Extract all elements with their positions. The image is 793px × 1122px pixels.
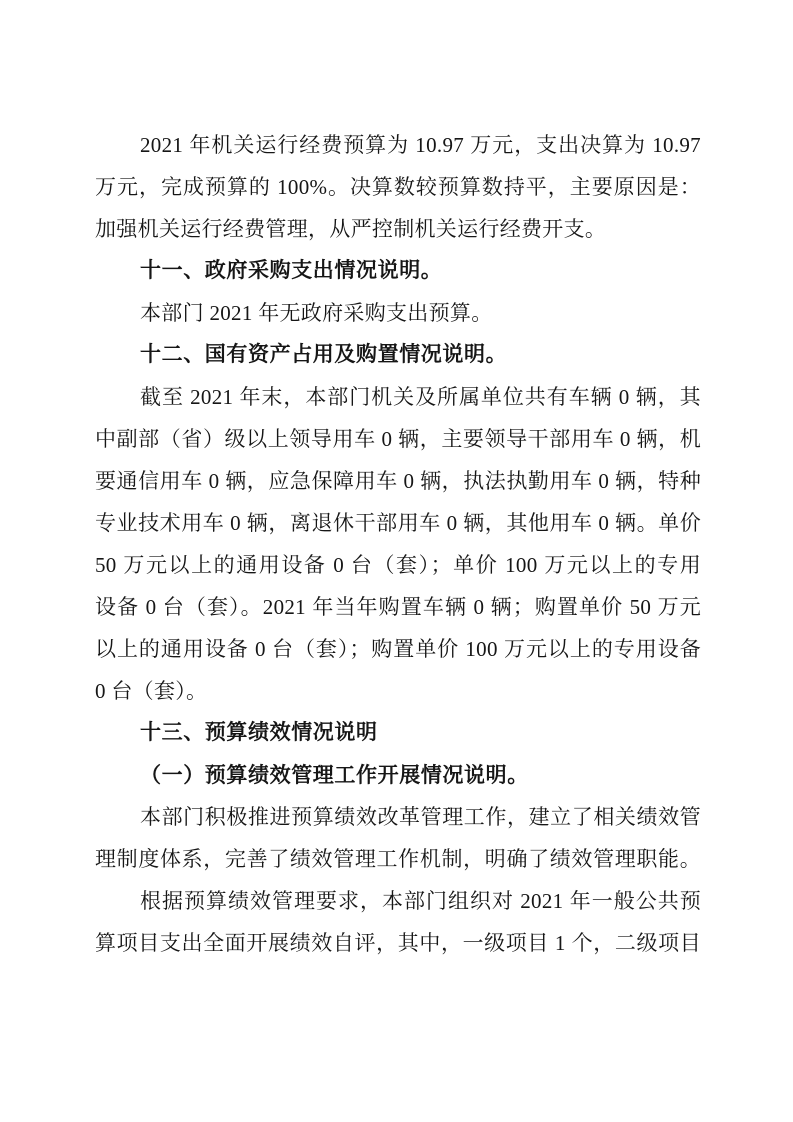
paragraph-line: 50 万元以上的通用设备 0 台（套）；单价 100 万元以上的专用 [95,544,701,586]
section-heading-eleven: 十一、政府采购支出情况说明。 [95,250,701,292]
paragraph-line: 理制度体系，完善了绩效管理工作机制，明确了绩效管理职能。 [95,838,701,880]
paragraph-line: 要通信用车 0 辆，应急保障用车 0 辆，执法执勤用车 0 辆，特种 [95,460,701,502]
paragraph-line: 本部门 2021 年无政府采购支出预算。 [95,292,701,334]
document-content: 2021 年机关运行经费预算为 10.97 万元，支出决算为 10.97 万元，… [95,124,701,964]
sub-heading-one: （一）预算绩效管理工作开展情况说明。 [95,754,701,796]
paragraph-line: 万元，完成预算的 100%。决算数较预算数持平，主要原因是： [95,166,701,208]
paragraph-line: 中副部（省）级以上领导用车 0 辆，主要领导干部用车 0 辆，机 [95,418,701,460]
paragraph-line: 设备 0 台（套）。2021 年当年购置车辆 0 辆；购置单价 50 万元 [95,586,701,628]
paragraph-line: 2021 年机关运行经费预算为 10.97 万元，支出决算为 10.97 [95,124,701,166]
paragraph-line: 本部门积极推进预算绩效改革管理工作，建立了相关绩效管 [95,796,701,838]
paragraph-line: 截至 2021 年末，本部门机关及所属单位共有车辆 0 辆，其 [95,376,701,418]
paragraph-line: 算项目支出全面开展绩效自评，其中，一级项目 1 个，二级项目 [95,922,701,964]
document-page: 2021 年机关运行经费预算为 10.97 万元，支出决算为 10.97 万元，… [0,0,793,1122]
paragraph-line: 加强机关运行经费管理，从严控制机关运行经费开支。 [95,208,701,250]
paragraph-line: 根据预算绩效管理要求，本部门组织对 2021 年一般公共预 [95,880,701,922]
section-heading-twelve: 十二、国有资产占用及购置情况说明。 [95,334,701,376]
paragraph-line: 专业技术用车 0 辆，离退休干部用车 0 辆，其他用车 0 辆。单价 [95,502,701,544]
section-heading-thirteen: 十三、预算绩效情况说明 [95,712,701,754]
paragraph-line: 以上的通用设备 0 台（套）；购置单价 100 万元以上的专用设备 [95,628,701,670]
paragraph-line: 0 台（套）。 [95,670,701,712]
